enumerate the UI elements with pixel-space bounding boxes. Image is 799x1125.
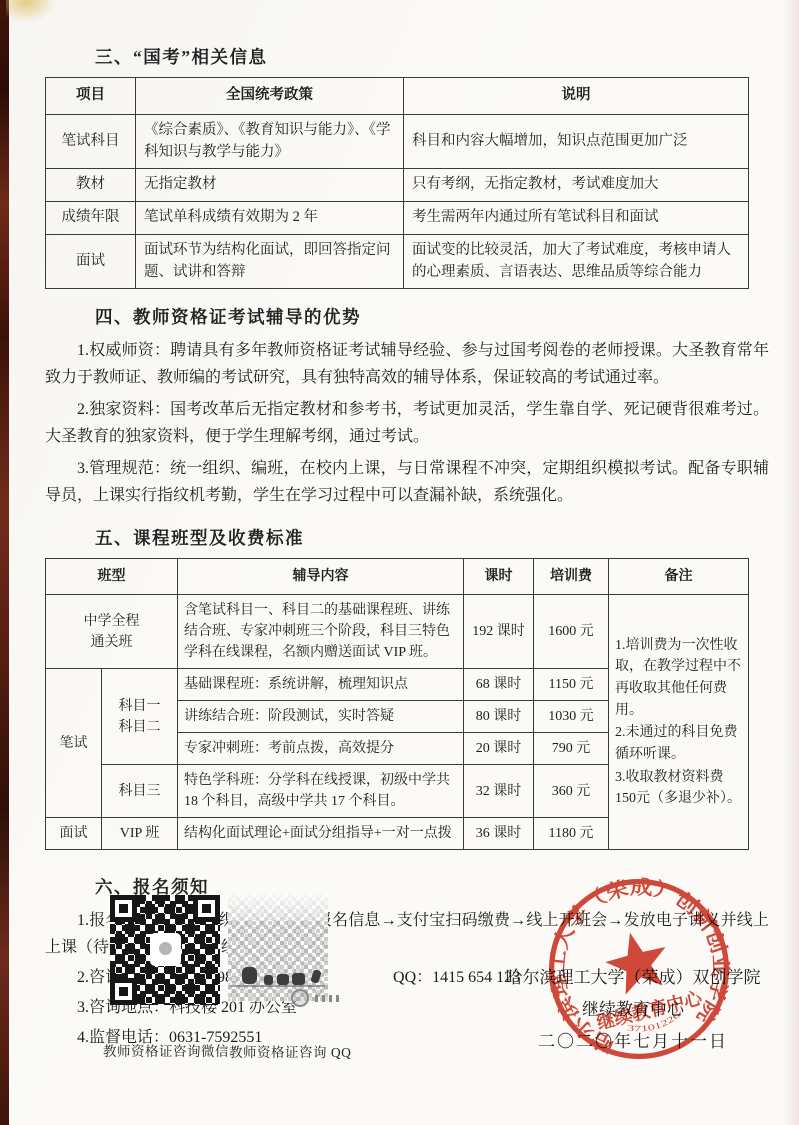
- cell-hours: 68 课时: [464, 669, 534, 701]
- cell-content: 结构化面试理论+面试分组指导+一对一点拨: [178, 818, 464, 850]
- consult-qq-text: QQ：1415 654 123: [393, 969, 520, 986]
- table-row: 面试 面试环节为结构化面试，即回答指定问题、试讲和答辩 面试变的比较灵活，加大了…: [46, 234, 749, 289]
- header-fee: 培训费: [534, 559, 609, 595]
- cell-note: 科目和内容大幅增加，知识点范围更加广泛: [404, 114, 749, 169]
- cell-policy: 面试环节为结构化面试，即回答指定问题、试讲和答辩: [136, 234, 404, 289]
- cell-note: 面试变的比较灵活，加大了考试难度，考核申请人的心理素质、言语表达、思维品质等综合…: [404, 234, 749, 289]
- cell-interview: 面试: [46, 818, 102, 850]
- cell-hours: 192 课时: [464, 595, 534, 669]
- cell-vip: VIP 班: [102, 818, 178, 850]
- cell-hours: 36 课时: [464, 818, 534, 850]
- header-policy: 全国统考政策: [136, 78, 404, 115]
- cell-class-type: 中学全程 通关班: [46, 595, 178, 669]
- cell-fee: 1180 元: [534, 818, 609, 850]
- paragraph-consult-location: 3.咨询地点：科技楼 201 办公室: [45, 994, 769, 1021]
- consult-phone-text: 2.咨询电话：18888298059（刘老师）: [77, 969, 337, 986]
- section-4-heading: 四、教师资格证考试辅导的优势: [95, 304, 769, 329]
- paragraph-consult-phone: 2.咨询电话：18888298059（刘老师）QQ：1415 654 123: [45, 964, 769, 991]
- paragraph-authority-teachers: 1.权威师资：聘请具有多年教师资格证考试辅导经验、参与过国考阅卷的老师授课。大圣…: [45, 337, 769, 391]
- table-header-row: 班型 辅导内容 课时 培训费 备注: [46, 559, 749, 595]
- header-hours: 课时: [464, 559, 534, 595]
- national-exam-info-table: 项目 全国统考政策 说明 笔试科目 《综合素质》、《教育知识与能力》、《学科知识…: [45, 77, 749, 289]
- cell-fee: 1030 元: [534, 701, 609, 733]
- cell-item: 成绩年限: [46, 202, 136, 235]
- document-content: 三、“国考”相关信息 项目 全国统考政策 说明 笔试科目 《综合素质》、《教育知…: [0, 0, 799, 1051]
- cell-fee: 1600 元: [534, 595, 609, 669]
- cell-fee: 790 元: [534, 733, 609, 765]
- cell-subject-1-2: 科目一 科目二: [102, 669, 178, 765]
- table-header-row: 项目 全国统考政策 说明: [46, 78, 749, 115]
- remark-line: 2.未通过的科目免费循环听课。: [615, 722, 742, 765]
- cell-item: 教材: [46, 169, 136, 202]
- cell-remarks: 1.培训费为一次性收取，在教学过程中不再收取其他任何费用。 2.未通过的科目免费…: [609, 595, 749, 850]
- header-item: 项目: [46, 78, 136, 115]
- scanned-document-page: 三、“国考”相关信息 项目 全国统考政策 说明 笔试科目 《综合素质》、《教育知…: [0, 0, 799, 1125]
- remark-line: 1.培训费为一次性收取，在教学过程中不再收取其他任何费用。: [615, 635, 742, 722]
- cell-content: 含笔试科目一、科目二的基础课程班、讲练结合班、专家冲刺班三个阶段，科目三特色学科…: [178, 595, 464, 669]
- paragraph-exclusive-materials: 2.独家资料：国考改革后无指定教材和参考书，考试更加灵活，学生靠自学、死记硬背很…: [45, 396, 769, 450]
- cell-subject-3: 科目三: [102, 765, 178, 818]
- cell-policy: 《综合素质》、《教育知识与能力》、《学科知识与教学与能力》: [136, 114, 404, 169]
- header-remark: 备注: [609, 559, 749, 595]
- cell-policy: 无指定教材: [136, 169, 404, 202]
- cell-hours: 20 课时: [464, 733, 534, 765]
- cell-content: 特色学科班：分学科在线授课，初级中学共 18 个科目，高级中学共 17 个科目。: [178, 765, 464, 818]
- paragraph-supervise-phone: 4.监督电话：0631-7592551: [45, 1024, 769, 1051]
- paragraph-management: 3.管理规范：统一组织、编班，在校内上课，与日常课程不冲突，定期组织模拟考试。配…: [45, 455, 769, 509]
- header-content: 辅导内容: [178, 559, 464, 595]
- cell-fee: 360 元: [534, 765, 609, 818]
- table-row: 教材 无指定教材 只有考纲，无指定教材，考试难度加大: [46, 169, 749, 202]
- table-row: 成绩年限 笔试单科成绩有效期为 2 年 考生需两年内通过所有笔试科目和面试: [46, 202, 749, 235]
- header-class-type: 班型: [46, 559, 178, 595]
- cell-hours: 32 课时: [464, 765, 534, 818]
- paragraph-registration-process: 1.报名流程：线上组织宣讲→提交报名信息→支付宝扫码缴费→线上开班会→发放电子讲…: [45, 907, 769, 961]
- section-3-heading: 三、“国考”相关信息: [95, 44, 769, 69]
- header-note: 说明: [404, 78, 749, 115]
- cell-content: 基础课程班：系统讲解，梳理知识点: [178, 669, 464, 701]
- course-fee-table: 班型 辅导内容 课时 培训费 备注 中学全程 通关班 含笔试科目一、科目二的基础…: [45, 558, 749, 850]
- cell-hours: 80 课时: [464, 701, 534, 733]
- table-row: 笔试科目 《综合素质》、《教育知识与能力》、《学科知识与教学与能力》 科目和内容…: [46, 114, 749, 169]
- cell-fee: 1150 元: [534, 669, 609, 701]
- section-5-heading: 五、课程班型及收费标准: [95, 525, 769, 550]
- cell-policy: 笔试单科成绩有效期为 2 年: [136, 202, 404, 235]
- section-6-heading: 六、报名须知: [95, 874, 769, 899]
- cell-content: 讲练结合班：阶段测试，实时答疑: [178, 701, 464, 733]
- remark-line: 3.收取教材资料费150元（多退少补）。: [615, 767, 742, 810]
- table-row-full-course: 中学全程 通关班 含笔试科目一、科目二的基础课程班、讲练结合班、专家冲刺班三个阶…: [46, 595, 749, 669]
- cell-content: 专家冲刺班：考前点拨，高效提分: [178, 733, 464, 765]
- cell-item: 笔试科目: [46, 114, 136, 169]
- cell-note: 考生需两年内通过所有笔试科目和面试: [404, 202, 749, 235]
- cell-item: 面试: [46, 234, 136, 289]
- cell-written-exam: 笔试: [46, 669, 102, 818]
- cell-note: 只有考纲，无指定教材，考试难度加大: [404, 169, 749, 202]
